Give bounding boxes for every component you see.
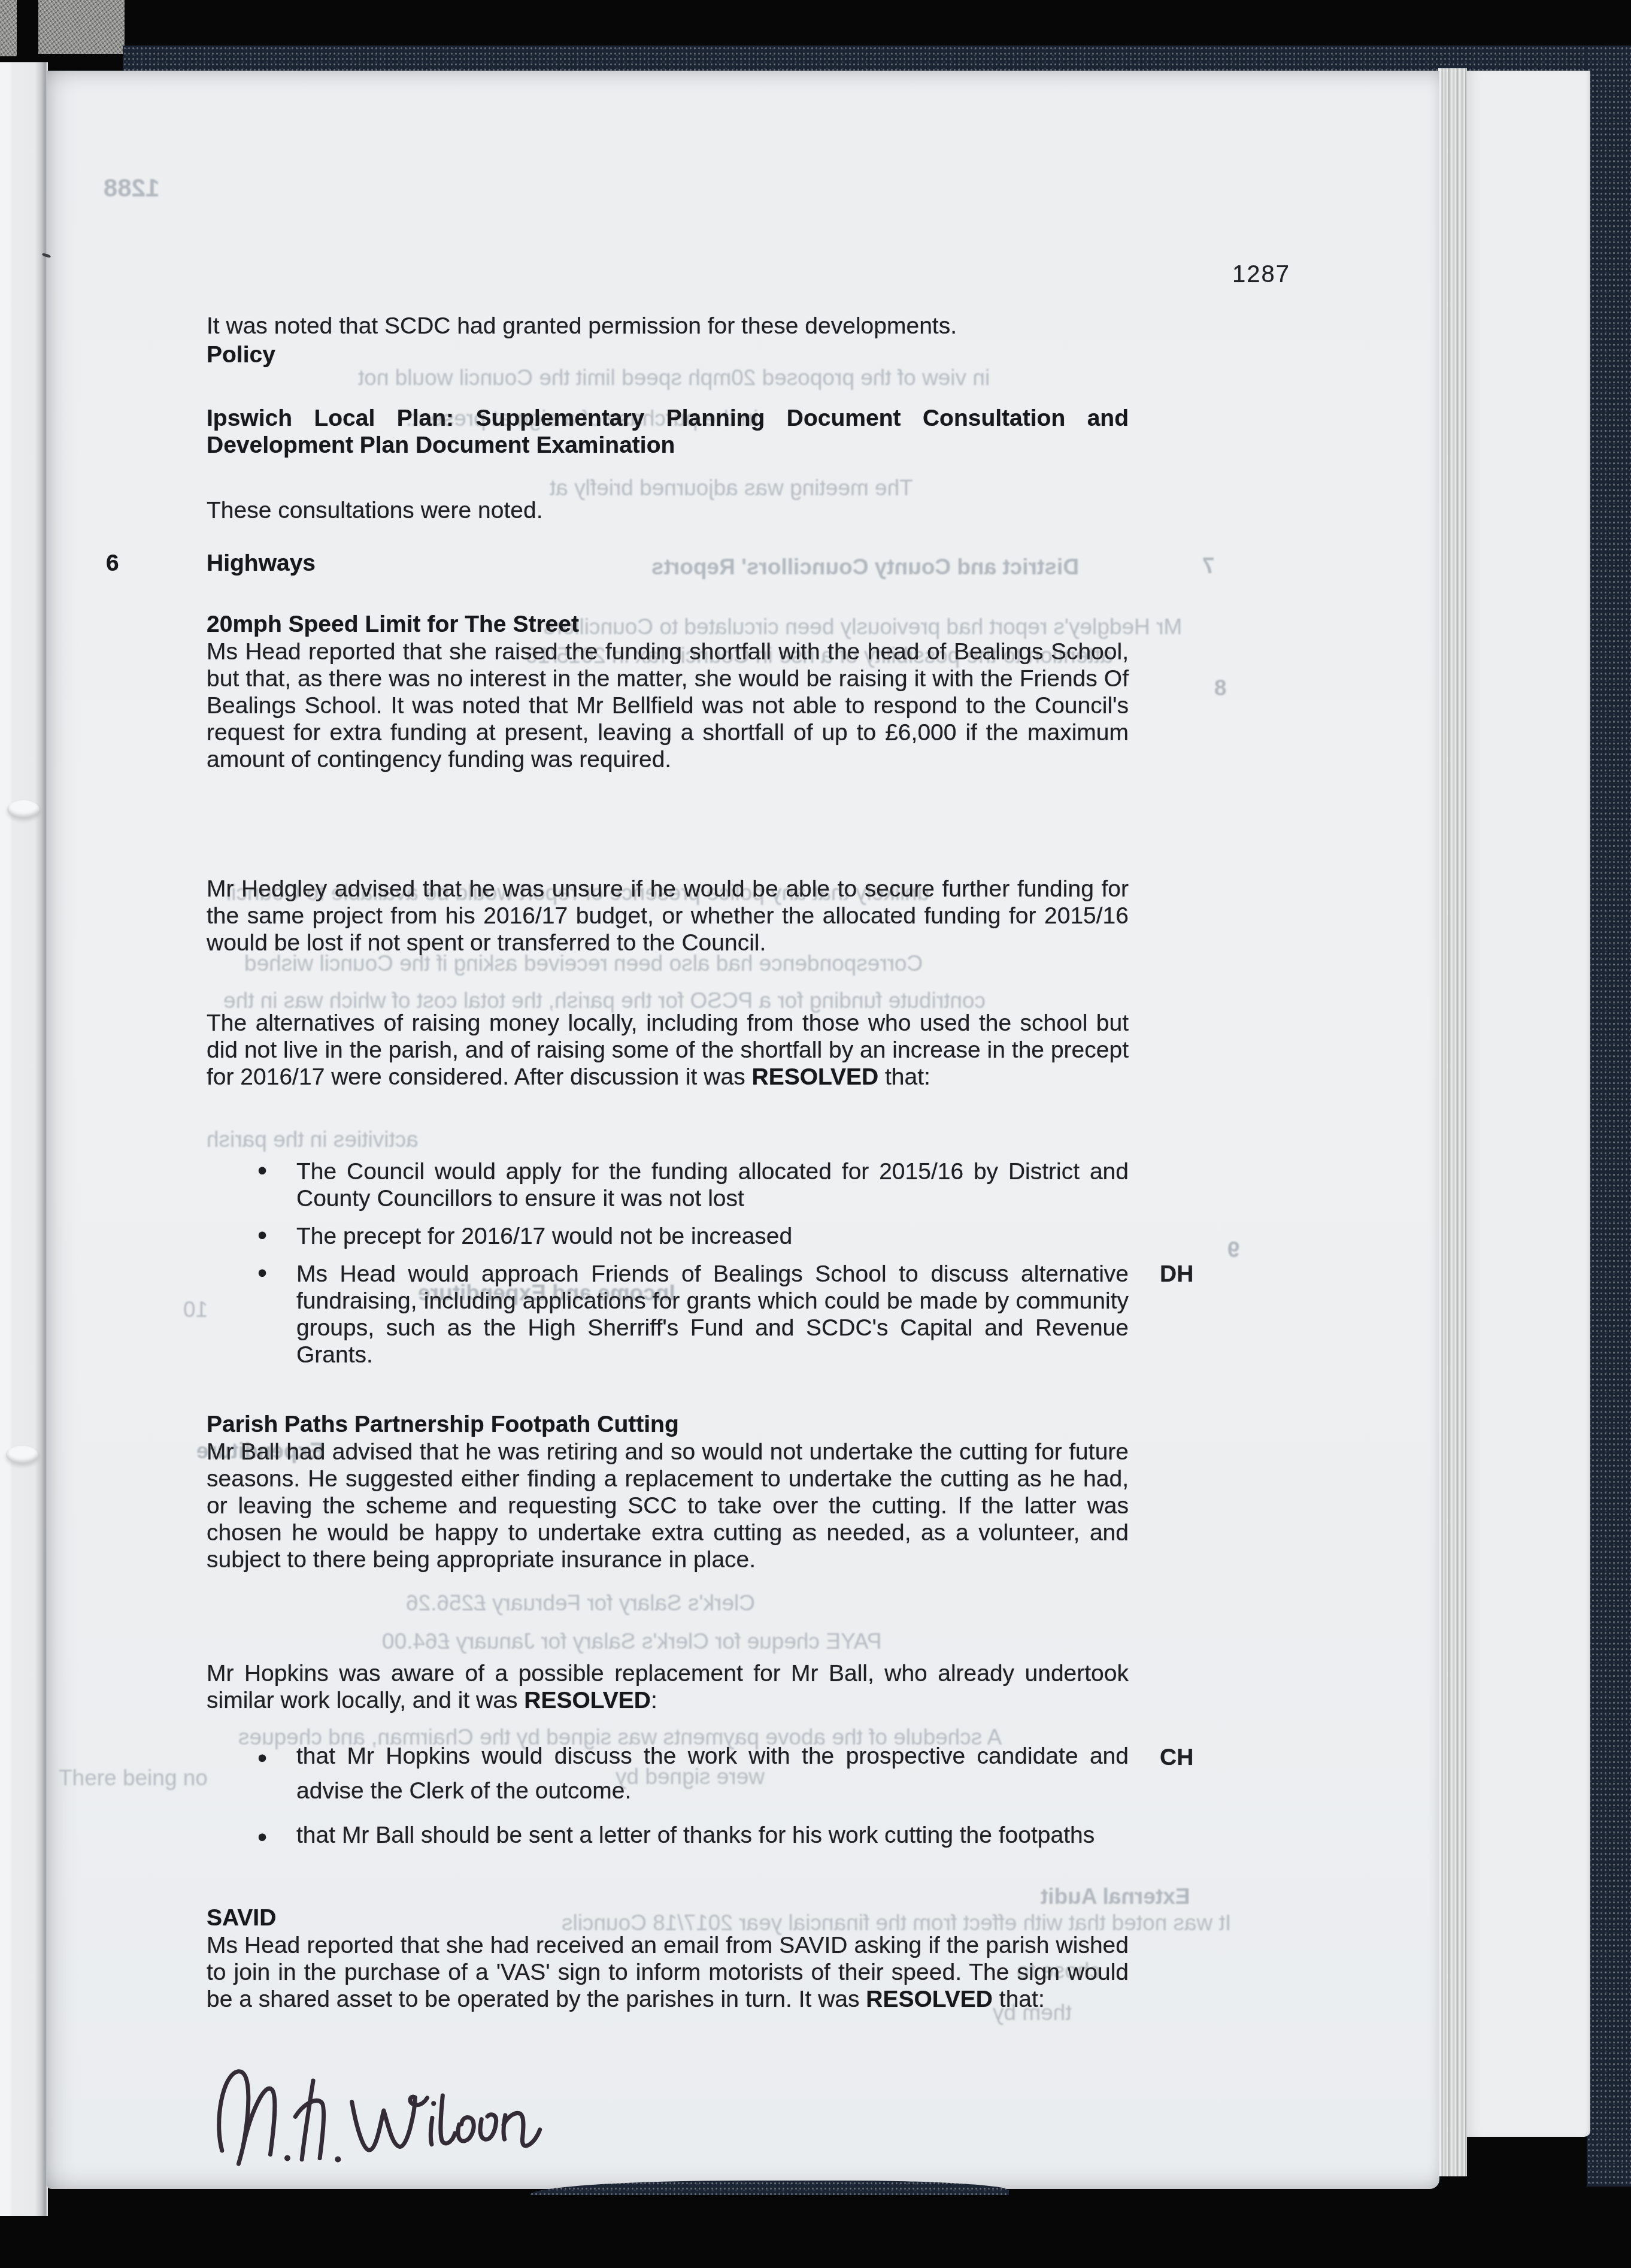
para-text: The alternatives of raising money locall…	[207, 1010, 1129, 1090]
section-heading-highways: Highways	[207, 550, 316, 576]
resolution-text: that Mr Hopkins would discuss the work w…	[296, 1743, 1129, 1804]
resolved-keyword: RESOLVED	[751, 1064, 878, 1090]
footpath-para-2: Mr Hopkins was aware of a possible repla…	[207, 1660, 1129, 1714]
intro-noted-line: It was noted that SCDC had granted permi…	[207, 313, 1129, 340]
ghost-text: Clerk's Salary for February £256.26	[406, 1591, 755, 1616]
resolution-text: The Council would apply for the funding …	[296, 1159, 1129, 1212]
speed-limit-heading: 20mph Speed Limit for The Street	[207, 611, 1129, 638]
section-number: 6	[106, 550, 119, 577]
speed-limit-para-2: Mr Hedgley advised that he was unsure if…	[207, 876, 1129, 956]
resolution-list-1: The Council would apply for the funding …	[207, 1158, 1129, 1368]
ghost-text: 9	[1227, 1237, 1240, 1262]
signature	[206, 2033, 562, 2191]
footpath-para-1: Mr Ball had advised that he was retiring…	[207, 1439, 1129, 1573]
resolution-block-1: The Council would apply for the funding …	[207, 1158, 1129, 1379]
para-text: that:	[878, 1064, 930, 1090]
para-text: :	[651, 1688, 657, 1713]
underlying-page-left	[0, 62, 48, 2216]
resolved-keyword: RESOLVED	[524, 1688, 651, 1713]
ghost-text: 10	[183, 1297, 208, 1322]
scan-background: 1288in view of the proposed 20mph speed …	[0, 0, 1631, 2268]
list-item: that Mr Ball should be sent a letter of …	[207, 1818, 1129, 1853]
resolution-list-2: that Mr Hopkins would discuss the work w…	[207, 1739, 1129, 1853]
margin-initials-ch: CH	[1160, 1740, 1193, 1775]
binder-cloth-right	[1587, 46, 1631, 2187]
ghost-text: There being no	[59, 1766, 208, 1791]
document-page: 1288in view of the proposed 20mph speed …	[47, 71, 1439, 2189]
list-item: that Mr Hopkins would discuss the work w…	[207, 1739, 1129, 1809]
page-number: 1287	[1232, 261, 1290, 288]
resolution-text: The precept for 2016/17 would not be inc…	[296, 1224, 792, 1249]
resolution-text: Ms Head would approach Friends of Bealin…	[296, 1261, 1129, 1368]
highways-section-row: 6 Highways	[207, 550, 1129, 577]
ghost-text-layer: 1288in view of the proposed 20mph speed …	[47, 71, 1439, 2189]
list-item: The precept for 2016/17 would not be inc…	[207, 1223, 1129, 1250]
list-item: Ms Head would approach Friends of Bealin…	[207, 1261, 1129, 1368]
policy-heading: Policy	[207, 341, 1129, 368]
resolved-keyword: RESOLVED	[866, 1987, 993, 2012]
para-text: Mr Hopkins was aware of a possible repla…	[207, 1661, 1129, 1713]
ghost-text: 8	[1214, 676, 1227, 701]
ghost-text: PAYE cheque for Clerk's Salary for Janua…	[382, 1629, 882, 1654]
ghost-text: 7	[1202, 553, 1215, 579]
margin-initials-dh: DH	[1160, 1261, 1193, 1288]
para-text: that:	[993, 1987, 1045, 2012]
ghost-text: in view of the proposed 20mph speed limi…	[358, 365, 990, 390]
hole-punch-top	[7, 800, 40, 818]
savid-heading: SAVID	[207, 1904, 1129, 1931]
resolution-text: that Mr Ball should be sent a letter of …	[296, 1822, 1095, 1848]
signature-drawing	[206, 2033, 562, 2188]
ghost-text: activities in the parish	[207, 1127, 419, 1152]
hole-punch-bottom	[6, 1446, 38, 1464]
fabric-patch-2	[0, 0, 17, 56]
speed-limit-para-1: Ms Head reported that she raised the fun…	[207, 638, 1129, 773]
list-item: The Council would apply for the funding …	[207, 1158, 1129, 1212]
page-edge-stack	[1438, 68, 1467, 2176]
speed-limit-para-3: The alternatives of raising money locall…	[207, 1010, 1129, 1091]
fabric-patch-1	[38, 0, 125, 54]
ghost-text: 1288	[104, 174, 159, 202]
footpath-heading: Parish Paths Partnership Footpath Cuttin…	[207, 1411, 1129, 1438]
underlying-page-right	[1465, 71, 1590, 2137]
savid-para: Ms Head reported that she had received a…	[207, 1932, 1129, 2013]
resolution-block-2: that Mr Hopkins would discuss the work w…	[207, 1739, 1129, 1863]
local-plan-heading: Ipswich Local Plan: Supplementary Planni…	[207, 405, 1129, 459]
consultations-line: These consultations were noted.	[207, 497, 1129, 524]
